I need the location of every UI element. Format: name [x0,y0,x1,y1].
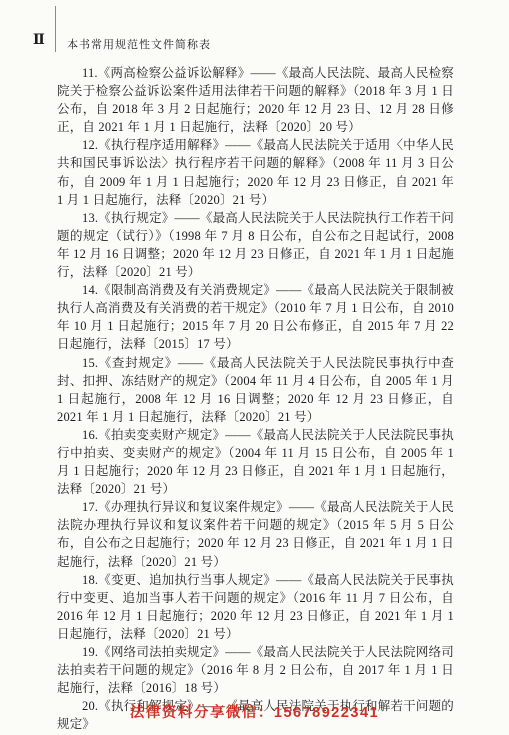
item-number: 12. [82,138,98,152]
list-item: 14.《限制高消费及有关消费规定》——《最高人民法院关于限制被执行人高消费及有关… [57,281,454,353]
item-number: 18. [82,573,98,587]
watermark-text: 法律资料分享微信：15678922341 [0,701,509,722]
item-number: 15. [82,356,98,370]
item-text: 《办理执行异议和复议案件规定》——《最高人民法院关于人民法院办理执行异议和复议案… [57,500,454,568]
item-number: 17. [82,500,98,514]
list-item: 17.《办理执行异议和复议案件规定》——《最高人民法院关于人民法院办理执行异议和… [57,498,454,570]
page-header: Ⅱ 本书常用规范性文件简称表 [0,0,509,60]
item-number: 16. [82,428,98,442]
item-text: 《执行程序适用解释》——《最高人民法院关于适用〈中华人民共和国民事诉讼法〉执行程… [57,138,454,206]
list-item: 11.《两高检察公益诉讼解释》——《最高人民法院、最高人民检察院关于检察公益诉讼… [57,64,454,136]
item-text: 《执行规定》——《最高人民法院关于人民法院执行工作若干问题的规定（试行）》（19… [57,211,454,279]
list-item: 13.《执行规定》——《最高人民法院关于人民法院执行工作若干问题的规定（试行）》… [57,209,454,281]
list-item: 12.《执行程序适用解释》——《最高人民法院关于适用〈中华人民共和国民事诉讼法〉… [57,136,454,208]
abbreviation-list: 11.《两高检察公益诉讼解释》——《最高人民法院、最高人民检察院关于检察公益诉讼… [57,64,454,733]
page-number: Ⅱ [33,32,45,49]
list-item: 18.《变更、追加执行当事人规定》——《最高人民法院关于民事执行中变更、追加当事… [57,571,454,643]
item-number: 11. [82,66,98,80]
item-number: 19. [82,645,98,659]
item-text: 《两高检察公益诉讼解释》——《最高人民法院、最高人民检察院关于检察公益诉讼案件适… [57,66,454,134]
item-number: 14. [82,283,98,297]
item-number: 13. [82,211,98,225]
item-text: 《查封规定》——《最高人民法院关于人民法院民事执行中查封、扣押、冻结财产的规定》… [57,356,454,424]
list-item: 19.《网络司法拍卖规定》——《最高人民法院关于人民法院网络司法拍卖若干问题的规… [57,643,454,697]
header-title: 本书常用规范性文件简称表 [67,36,211,52]
item-text: 《网络司法拍卖规定》——《最高人民法院关于人民法院网络司法拍卖若干问题的规定》（… [57,645,454,695]
list-item: 16.《拍卖变卖财产规定》——《最高人民法院关于人民法院民事执行中拍卖、变卖财产… [57,426,454,498]
item-text: 《拍卖变卖财产规定》——《最高人民法院关于人民法院民事执行中拍卖、变卖财产的规定… [57,428,454,496]
book-page: Ⅱ 本书常用规范性文件简称表 11.《两高检察公益诉讼解释》——《最高人民法院、… [0,0,509,735]
list-item: 15.《查封规定》——《最高人民法院关于人民法院民事执行中查封、扣押、冻结财产的… [57,354,454,426]
item-text: 《限制高消费及有关消费规定》——《最高人民法院关于限制被执行人高消费及有关消费的… [57,283,454,351]
header-divider [55,6,56,52]
item-text: 《变更、追加执行当事人规定》——《最高人民法院关于民事执行中变更、追加当事人若干… [57,573,454,641]
